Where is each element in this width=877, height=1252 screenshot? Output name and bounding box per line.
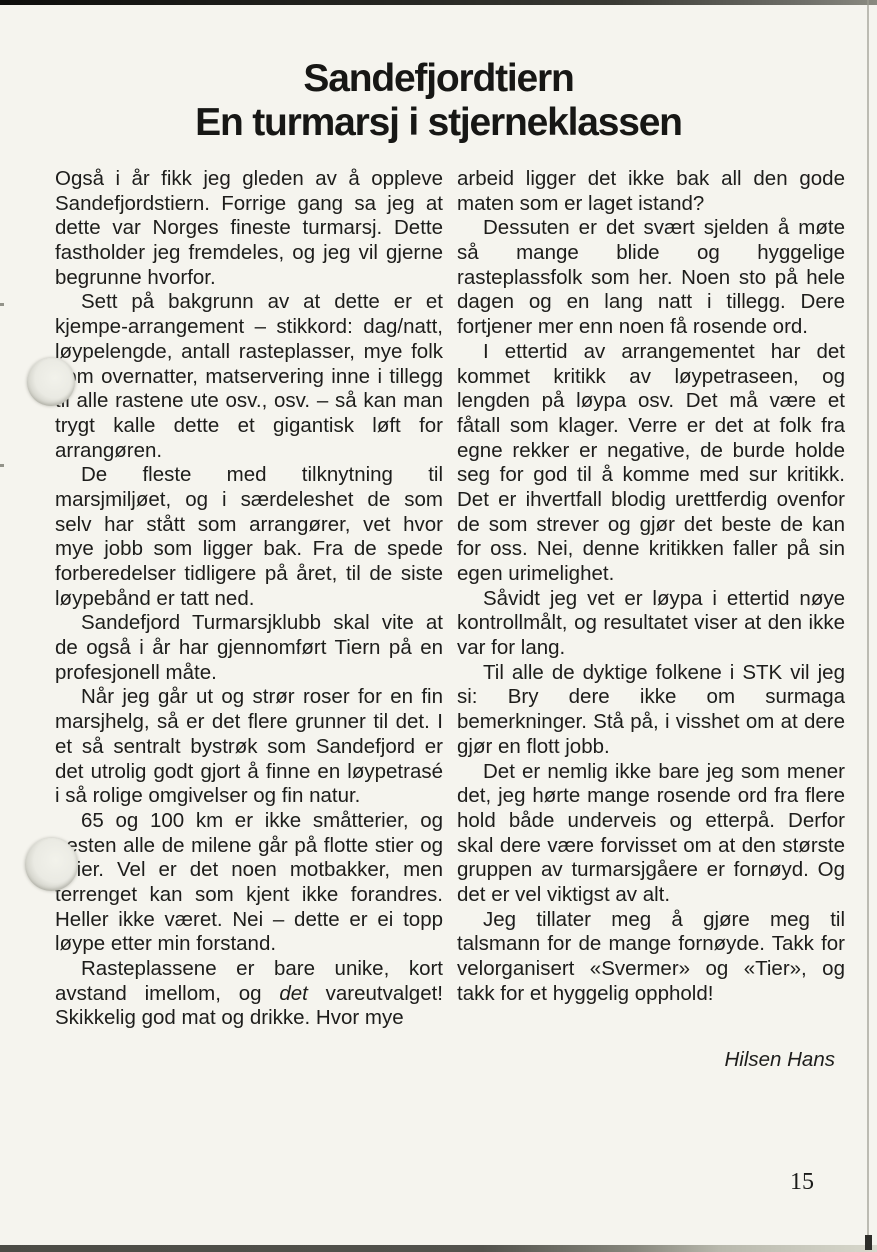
article-title-line-2: En turmarsj i stjerneklassen bbox=[0, 101, 877, 145]
article-body: Også i år fikk jeg gleden av å oppleve S… bbox=[55, 167, 845, 1073]
paragraph: De fleste med tilknytning til marsjmiljø… bbox=[55, 463, 443, 611]
paragraph: Sett på bakgrunn av at dette er et kjemp… bbox=[55, 290, 443, 463]
hole-punch-top bbox=[27, 358, 75, 406]
paragraph: Rasteplassene er bare unike, kort avstan… bbox=[55, 957, 443, 1031]
paragraph: Dessuten er det svært sjelden å møte så … bbox=[457, 216, 845, 339]
paragraph: Det er nemlig ikke bare jeg som mener de… bbox=[457, 760, 845, 908]
article-title-line-1: Sandefjordtiern bbox=[0, 57, 877, 101]
hole-punch-bottom bbox=[25, 838, 78, 891]
scan-bottom-edge-artifact bbox=[0, 1245, 877, 1252]
paragraph: Sandefjord Turmarsjklubb skal vite at de… bbox=[55, 611, 443, 685]
paragraph: 65 og 100 km er ikke småtterier, og nest… bbox=[55, 809, 443, 957]
article-title: Sandefjordtiern En turmarsj i stjernekla… bbox=[0, 57, 877, 144]
page-number: 15 bbox=[790, 1169, 814, 1196]
paragraph: I ettertid av arrangementet har det komm… bbox=[457, 340, 845, 587]
paragraph: Også i år fikk jeg gleden av å oppleve S… bbox=[55, 167, 443, 290]
article-column-right-text: arbeid ligger det ikke bak all den gode … bbox=[457, 167, 845, 1006]
paragraph: Til alle de dyktige folkene i STK vil je… bbox=[457, 661, 845, 760]
scan-top-edge-artifact bbox=[0, 0, 877, 5]
article-column-right: arbeid ligger det ikke bak all den gode … bbox=[457, 167, 845, 1073]
scan-left-mark bbox=[0, 303, 4, 306]
paragraph: arbeid ligger det ikke bak all den gode … bbox=[457, 167, 845, 216]
scan-left-mark bbox=[0, 464, 4, 467]
paragraph: Jeg tillater meg å gjøre meg til talsman… bbox=[457, 908, 845, 1007]
article-signature: Hilsen Hans bbox=[457, 1048, 845, 1073]
article-column-left: Også i år fikk jeg gleden av å oppleve S… bbox=[55, 167, 443, 1073]
scanned-document-page: Sandefjordtiern En turmarsj i stjernekla… bbox=[0, 0, 877, 1252]
scan-corner-artifact bbox=[865, 1235, 872, 1250]
paragraph: Såvidt jeg vet er løypa i ettertid nøye … bbox=[457, 587, 845, 661]
paragraph: Når jeg går ut og strør roser for en fin… bbox=[55, 685, 443, 808]
scan-right-edge-artifact bbox=[867, 0, 869, 1252]
